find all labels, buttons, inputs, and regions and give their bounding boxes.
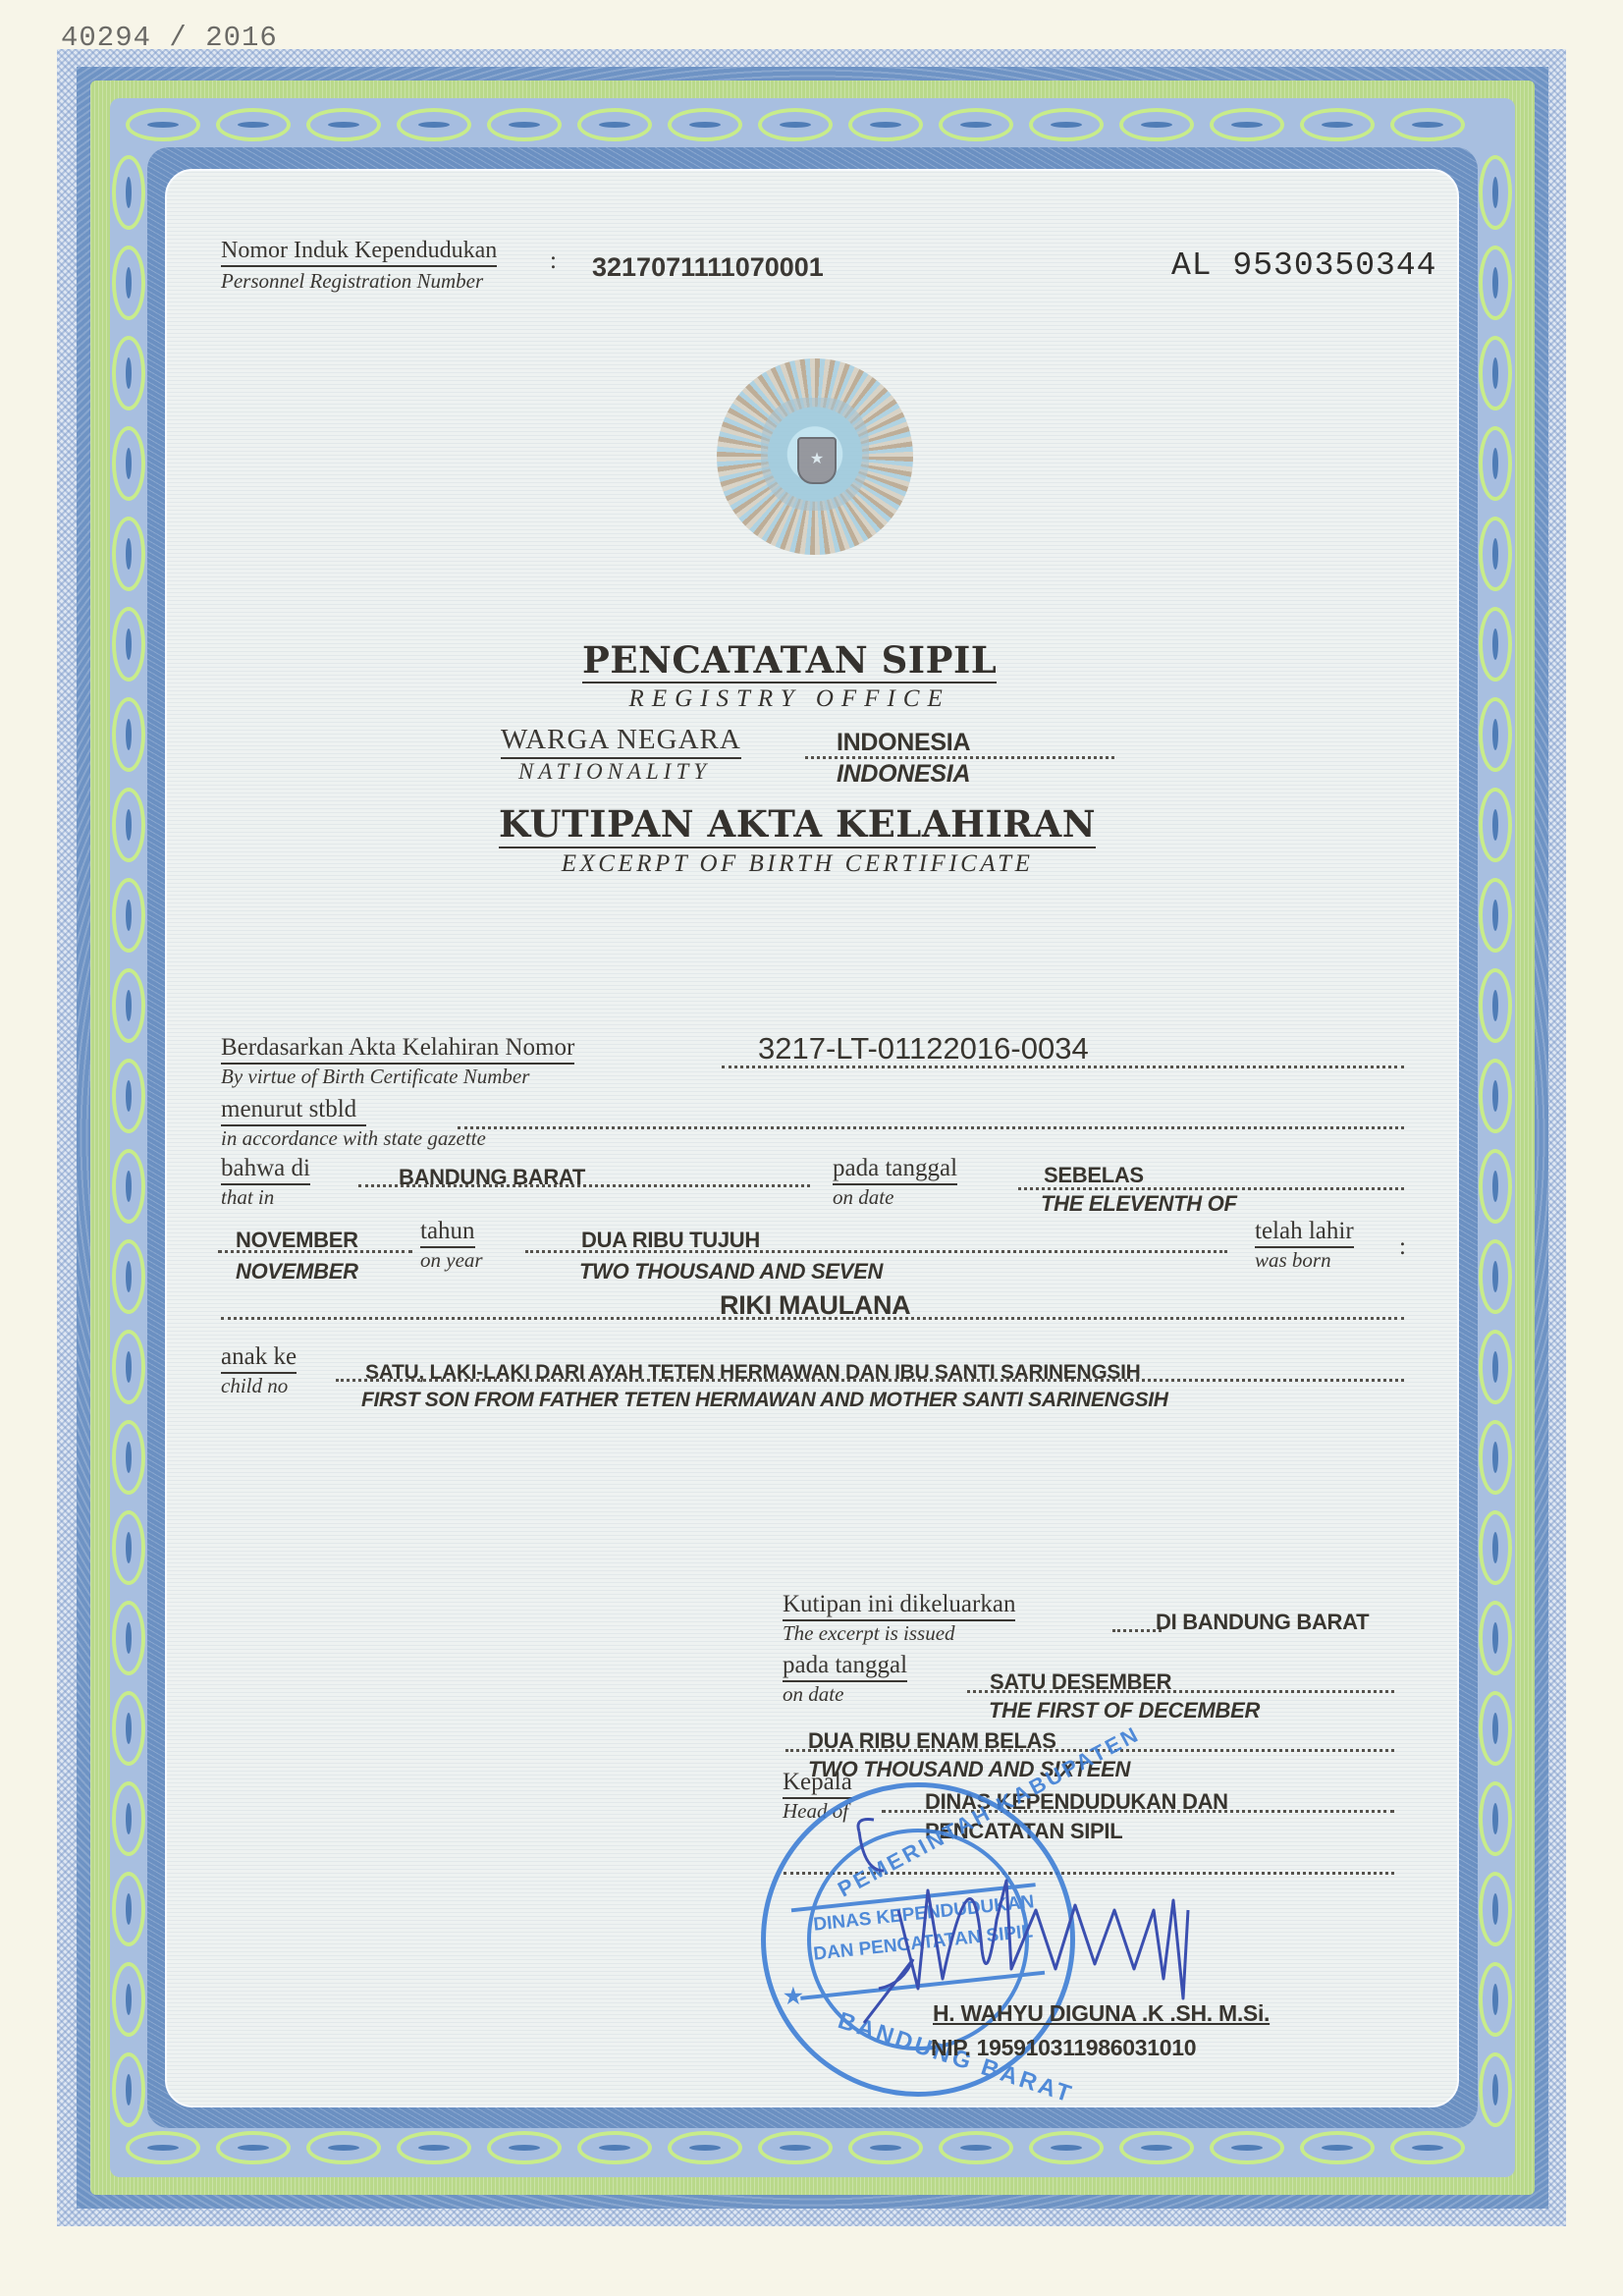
child-no-label-id: anak ke <box>221 1343 297 1374</box>
birth-month-dotted-line <box>218 1250 412 1253</box>
border-ornament-icon <box>1473 1051 1518 1141</box>
border-ornament-icon <box>389 2125 479 2170</box>
border-ornament-icon <box>1473 1322 1518 1412</box>
border-ornament-icon <box>840 102 931 147</box>
border-ornament-icon <box>298 102 389 147</box>
border-ornament-icon <box>1382 2125 1473 2170</box>
border-ornament-icon <box>106 1864 151 1954</box>
gazette-label-id: menurut stbld <box>221 1096 366 1126</box>
border-ornament-icon <box>660 102 750 147</box>
border-ornament-icon <box>106 1954 151 2045</box>
border-ornament-icon <box>1473 1774 1518 1864</box>
border-ornament-icon <box>1021 102 1111 147</box>
child-no-value-en: FIRST SON FROM FATHER TETEN HERMAWAN AND… <box>361 1389 1168 1412</box>
star-icon: ★ <box>799 449 835 467</box>
issued-label-id: Kutipan ini dikeluarkan <box>783 1591 1015 1621</box>
issued-dotted-line <box>1112 1629 1162 1632</box>
border-ornament-icon <box>106 328 151 418</box>
border-ornament-icon <box>1473 689 1518 780</box>
border-ornament-icon <box>660 2125 750 2170</box>
border-ornament-icon <box>1111 102 1202 147</box>
birth-year-label-en: on year <box>420 1248 483 1273</box>
birth-date-value-id: SEBELAS <box>1044 1163 1144 1188</box>
issued-label: Kutipan ini dikeluarkan The excerpt is i… <box>783 1591 1015 1646</box>
child-no-label-en: child no <box>221 1374 297 1398</box>
personnel-reg-label-id: Nomor Induk Kependudukan <box>221 238 497 267</box>
border-ornament-icon <box>1473 418 1518 509</box>
gazette-label-en: in accordance with state gazette <box>221 1126 486 1151</box>
border-ornament-icon <box>1473 238 1518 328</box>
gazette-dotted-line <box>458 1126 1404 1129</box>
border-ornament-icon <box>479 102 569 147</box>
border-ornament-icon <box>106 1051 151 1141</box>
border-ornament-icon <box>1473 1412 1518 1503</box>
signatory-nip: NIP. 195910311986031010 <box>931 2035 1196 2061</box>
border-ornament-icon <box>1473 1683 1518 1774</box>
place-label-id: bahwa di <box>221 1155 310 1185</box>
office-title-block: PENCATATAN SIPIL REGISTRY OFFICE <box>582 638 997 713</box>
office-title-id: PENCATATAN SIPIL <box>582 638 997 683</box>
cert-number-label-en: By virtue of Birth Certificate Number <box>221 1065 574 1089</box>
cert-number-value: 3217-LT-01122016-0034 <box>758 1031 1089 1066</box>
nationality-value-id: INDONESIA <box>837 729 970 757</box>
border-ornament-icon <box>1292 2125 1382 2170</box>
border-ornament-icon <box>106 960 151 1051</box>
issue-date-label-en: on date <box>783 1682 907 1707</box>
border-ornament-icon <box>389 102 479 147</box>
born-label: telah lahir was born <box>1255 1218 1354 1273</box>
nationality-value-en: INDONESIA <box>837 760 970 789</box>
birth-date-value-en: THE ELEVENTH OF <box>1041 1191 1237 1217</box>
gazette-label: menurut stbld in accordance with state g… <box>221 1096 486 1151</box>
handwritten-signature-icon <box>889 1871 1321 2008</box>
border-ornament-icon <box>1202 102 1292 147</box>
birth-date-label: pada tanggal on date <box>833 1155 957 1210</box>
border-ornament-icon <box>1473 1593 1518 1683</box>
border-ornament-icon <box>106 599 151 689</box>
border-ornament-icon <box>1473 1864 1518 1954</box>
border-ornament-icon <box>1473 2045 1518 2135</box>
border-ornament-icon <box>479 2125 569 2170</box>
border-ornament-icon <box>106 780 151 870</box>
personnel-reg-label-en: Personnel Registration Number <box>221 269 497 294</box>
birth-year-value-en: TWO THOUSAND AND SEVEN <box>579 1259 883 1285</box>
birth-year-label: tahun on year <box>420 1218 483 1273</box>
border-ornament-icon <box>569 102 660 147</box>
stamp-pen-mark-icon <box>844 1812 933 2028</box>
certificate-title-block: KUTIPAN AKTA KELAHIRAN EXCERPT OF BIRTH … <box>499 802 1096 878</box>
border-ornament-icon <box>1473 1141 1518 1231</box>
border-ornament-icon <box>569 2125 660 2170</box>
border-ornament-icon <box>208 2125 298 2170</box>
birth-date-label-en: on date <box>833 1185 957 1210</box>
born-label-id: telah lahir <box>1255 1218 1354 1248</box>
shield-icon: ★ <box>797 437 837 484</box>
border-ornament-icon <box>1473 509 1518 599</box>
border-ornament-icon <box>1111 2125 1202 2170</box>
border-ornament-icon <box>1292 102 1382 147</box>
issued-place-value: DI BANDUNG BARAT <box>1156 1610 1369 1635</box>
border-ornament-icon <box>931 102 1021 147</box>
border-ornament-icon <box>106 1503 151 1593</box>
right-ornament-column <box>1473 147 1518 2135</box>
border-ornament-icon <box>1021 2125 1111 2170</box>
birth-month-value-en: NOVEMBER <box>236 1259 358 1285</box>
place-label-en: that in <box>221 1185 310 1210</box>
cert-number-label: Berdasarkan Akta Kelahiran Nomor By virt… <box>221 1034 574 1089</box>
border-ornament-icon <box>106 2045 151 2135</box>
issue-year-value-id: DUA RIBU ENAM BELAS <box>808 1728 1056 1754</box>
birth-year-value-id: DUA RIBU TUJUH <box>581 1228 760 1253</box>
office-title-en: REGISTRY OFFICE <box>582 685 997 713</box>
border-ornament-icon <box>840 2125 931 2170</box>
border-ornament-icon <box>106 689 151 780</box>
nationality-dotted-line <box>805 756 1114 759</box>
left-ornament-column <box>106 147 151 2135</box>
border-ornament-icon <box>118 102 208 147</box>
child-name: RIKI MAULANA <box>720 1290 910 1321</box>
border-ornament-icon <box>1473 147 1518 238</box>
place-label: bahwa di that in <box>221 1155 310 1210</box>
border-ornament-icon <box>106 1322 151 1412</box>
sheet-serial-number: AL 9530350344 <box>1171 247 1436 284</box>
nationality-label: WARGA NEGARA NATIONALITY <box>501 724 741 785</box>
border-ornament-icon <box>106 1231 151 1322</box>
border-ornament-icon <box>106 1683 151 1774</box>
place-value: BANDUNG BARAT <box>399 1165 585 1190</box>
birth-date-label-id: pada tanggal <box>833 1155 957 1185</box>
border-ornament-icon <box>106 147 151 238</box>
personnel-reg-number: 3217071111070001 <box>592 252 824 283</box>
personnel-reg-separator: : <box>550 247 557 275</box>
border-ornament-icon <box>1473 960 1518 1051</box>
issued-label-en: The excerpt is issued <box>783 1621 1015 1646</box>
cert-number-label-id: Berdasarkan Akta Kelahiran Nomor <box>221 1034 574 1065</box>
garuda-emblem-hologram-icon: ★ <box>717 358 913 555</box>
border-ornament-icon <box>750 102 840 147</box>
head-of-label-id: Kepala <box>783 1769 852 1799</box>
issue-date-label: pada tanggal on date <box>783 1652 907 1707</box>
issue-date-value-en: THE FIRST OF DECEMBER <box>989 1698 1260 1723</box>
border-ornament-icon <box>106 238 151 328</box>
border-ornament-icon <box>106 1593 151 1683</box>
border-ornament-icon <box>1382 102 1473 147</box>
border-ornament-icon <box>1473 599 1518 689</box>
border-ornament-icon <box>1473 1231 1518 1322</box>
border-ornament-icon <box>106 1141 151 1231</box>
birth-year-label-id: tahun <box>420 1218 475 1248</box>
nationality-label-en: NATIONALITY <box>518 759 741 785</box>
border-ornament-icon <box>931 2125 1021 2170</box>
border-ornament-icon <box>106 1774 151 1864</box>
certificate-title-id: KUTIPAN AKTA KELAHIRAN <box>499 802 1096 848</box>
archive-number: 40294 / 2016 <box>61 22 278 54</box>
border-ornament-icon <box>1473 780 1518 870</box>
border-ornament-icon <box>106 870 151 960</box>
border-ornament-icon <box>1473 870 1518 960</box>
border-ornament-icon <box>1473 1954 1518 2045</box>
personnel-reg-label: Nomor Induk Kependudukan Personnel Regis… <box>221 238 497 294</box>
border-ornament-icon <box>106 1412 151 1503</box>
child-no-label: anak ke child no <box>221 1343 297 1398</box>
bottom-ornament-row <box>118 2125 1473 2170</box>
stamp-star-icon: ★ <box>784 1984 803 2009</box>
issue-date-value-id: SATU DESEMBER <box>990 1669 1171 1695</box>
border-ornament-icon <box>106 418 151 509</box>
born-separator: : <box>1399 1233 1406 1261</box>
border-ornament-icon <box>1473 328 1518 418</box>
border-ornament-icon <box>750 2125 840 2170</box>
issue-date-label-id: pada tanggal <box>783 1652 907 1682</box>
certificate-title-en: EXCERPT OF BIRTH CERTIFICATE <box>499 850 1096 878</box>
nationality-label-id: WARGA NEGARA <box>501 724 741 759</box>
border-ornament-icon <box>298 2125 389 2170</box>
border-ornament-icon <box>208 102 298 147</box>
border-ornament-icon <box>1473 1503 1518 1593</box>
border-ornament-icon <box>106 509 151 599</box>
born-label-en: was born <box>1255 1248 1354 1273</box>
child-no-value-id: SATU, LAKI-LAKI DARI AYAH TETEN HERMAWAN… <box>365 1361 1141 1385</box>
top-ornament-row <box>118 102 1473 147</box>
signatory-name: H. WAHYU DIGUNA .K .SH. M.Si. <box>933 2000 1270 2027</box>
border-ornament-icon <box>1202 2125 1292 2170</box>
